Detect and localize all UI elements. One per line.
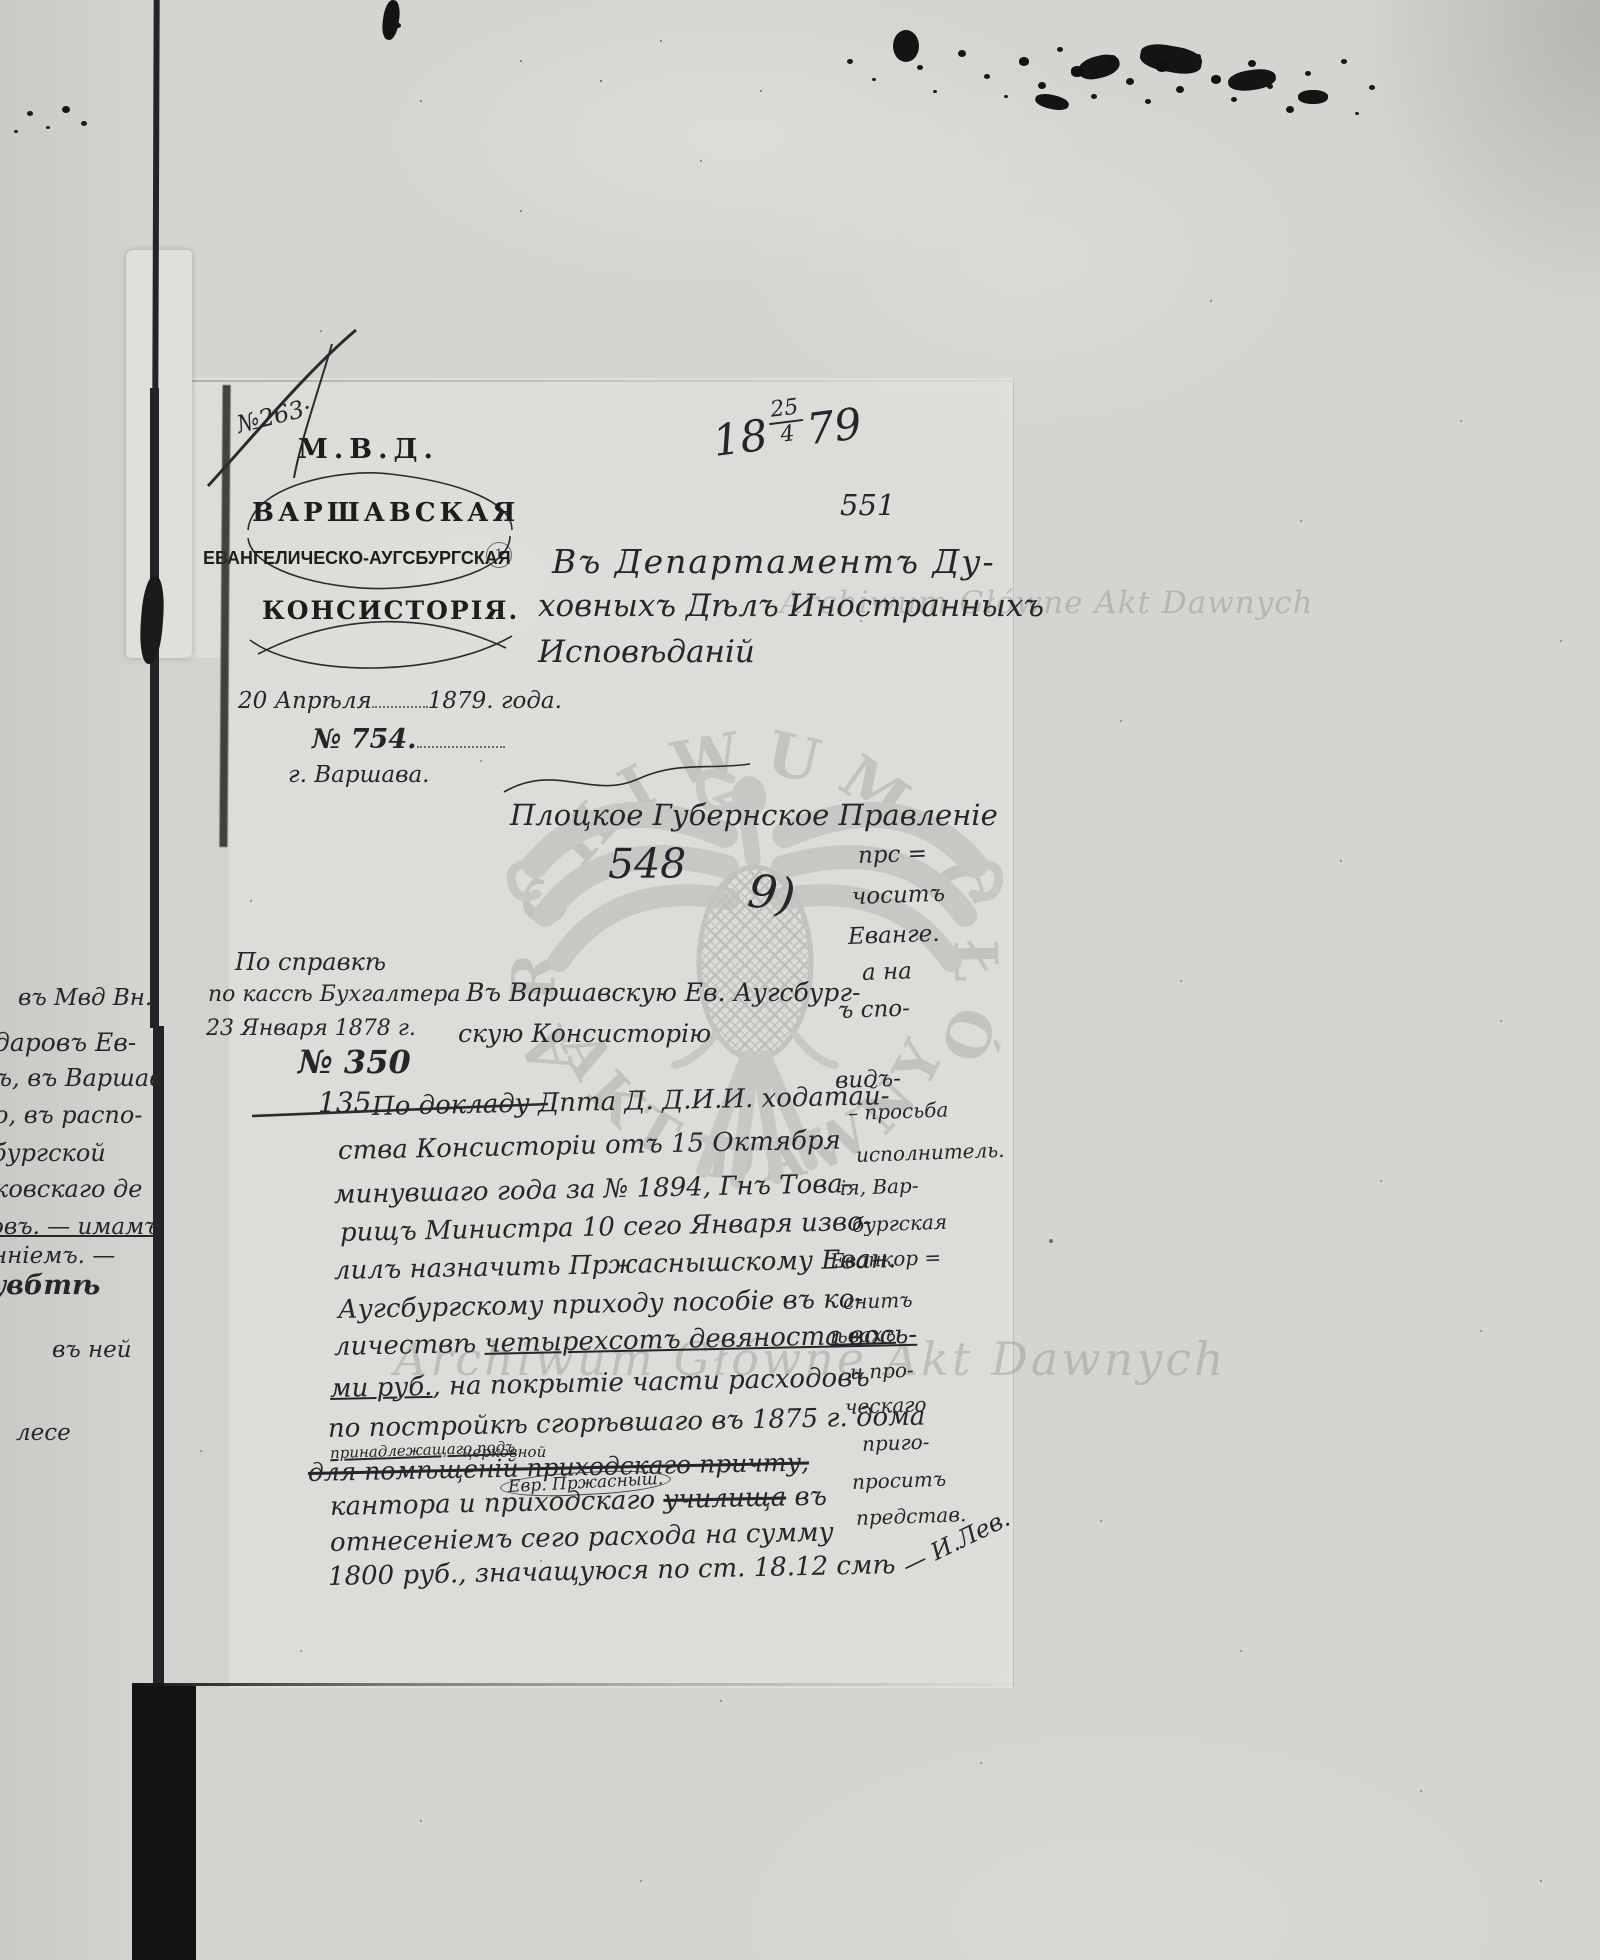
org-name-line2: ЕВАНГЕЛИЧЕСКО-АУГСБУРГСКАЯ — [203, 547, 511, 569]
body-line-overwritten: училища — [663, 1482, 786, 1515]
ink-speck-cluster — [0, 0, 4, 3]
reference-line3: 23 Января 1878 г. — [206, 1016, 416, 1041]
margin-note-lower: снитъ — [843, 1288, 913, 1314]
margin-note-lower: ческаго — [845, 1392, 927, 1419]
letterhead-city: г. Варшава. — [288, 762, 430, 788]
margin-note-lower: – просьба — [848, 1098, 949, 1125]
received-date-prefix: 18 — [710, 411, 770, 467]
film-mark — [1298, 90, 1328, 104]
ministry-abbr: М.В.Д. — [298, 434, 439, 465]
horizontal-seam — [132, 1683, 1042, 1686]
reference-line1: По справкѣ — [235, 948, 386, 976]
org-name-line1: ВАРШАВСКАЯ — [252, 498, 519, 528]
fraction-denominator: 4 — [769, 421, 806, 448]
letterhead-date-prefix: 20 Апрѣля — [238, 688, 372, 714]
letterhead-date-suffix: 1879. года. — [428, 688, 562, 714]
margin-note-lower: приго- — [862, 1430, 930, 1456]
film-mark — [893, 30, 919, 62]
recipient-line1: Въ Департаментъ Ду- — [552, 542, 996, 581]
margin-note-lower: представ. — [856, 1502, 967, 1530]
body-line-plain: личествѣ — [334, 1329, 485, 1362]
binding-bar-bottom — [132, 1686, 196, 1960]
paraph-mark: 1 — [486, 542, 512, 568]
binding-strip — [150, 388, 159, 1028]
received-date-fraction: 254 — [766, 396, 806, 448]
letterhead-number-line: № 754. — [312, 724, 505, 755]
sender-number: 548 — [608, 840, 686, 888]
reference-line2: по кассѣ Бухгалтера — [208, 982, 460, 1007]
dotted-leader — [372, 689, 428, 708]
margin-note-lower: ѣвахъ — [830, 1322, 897, 1348]
recipient-line3: Исповѣданій — [538, 634, 755, 670]
inner-address-line2: скую Консисторію — [458, 1019, 711, 1048]
margin-note-lower: бургская — [852, 1210, 948, 1237]
margin-note-upper: прс = — [858, 841, 928, 869]
margin-note-upper: чоситъ — [852, 881, 946, 910]
org-name-line3: КОНСИСТОРІЯ. — [262, 596, 519, 625]
body-line-underlined: ми руб. — [330, 1372, 433, 1404]
margin-note-lower: и про- — [850, 1358, 915, 1384]
clerk-mark: 9) — [745, 863, 798, 922]
sender-office: Плоцкое Губернское Правленіе — [510, 798, 998, 832]
margin-note-upper: а на — [862, 958, 913, 986]
margin-note-lower: Еванкор = — [830, 1245, 942, 1273]
page-number: 551 — [840, 488, 895, 522]
received-date-suffix: 79 — [804, 399, 864, 455]
body-line-plain: въ — [786, 1482, 827, 1513]
reference-number: № 350 — [298, 1043, 411, 1081]
dotted-leader — [417, 727, 505, 748]
margin-note-lower: ія, Вар- — [840, 1173, 919, 1200]
reference-sub-number: 135 — [318, 1086, 371, 1119]
letterhead-date-line: 20 Апрѣля1879. года. — [238, 688, 562, 714]
margin-note-lower: проситъ — [852, 1467, 947, 1494]
binding-strip — [153, 1026, 164, 1688]
letterhead-number: № 754. — [312, 724, 417, 755]
margin-note-upper: Еванге. — [848, 921, 940, 950]
paraph-number: 1 — [495, 547, 504, 563]
recipient-line2: ховныхъ Дѣлъ Иностранныхъ — [538, 588, 1044, 624]
scanned-document-page: ARCHIWUM GŁÓWNE AKT DAWNYCH — [0, 0, 1600, 1960]
inner-address-line1: Въ Варшавскую Ев. Аугсбург- — [466, 978, 860, 1007]
